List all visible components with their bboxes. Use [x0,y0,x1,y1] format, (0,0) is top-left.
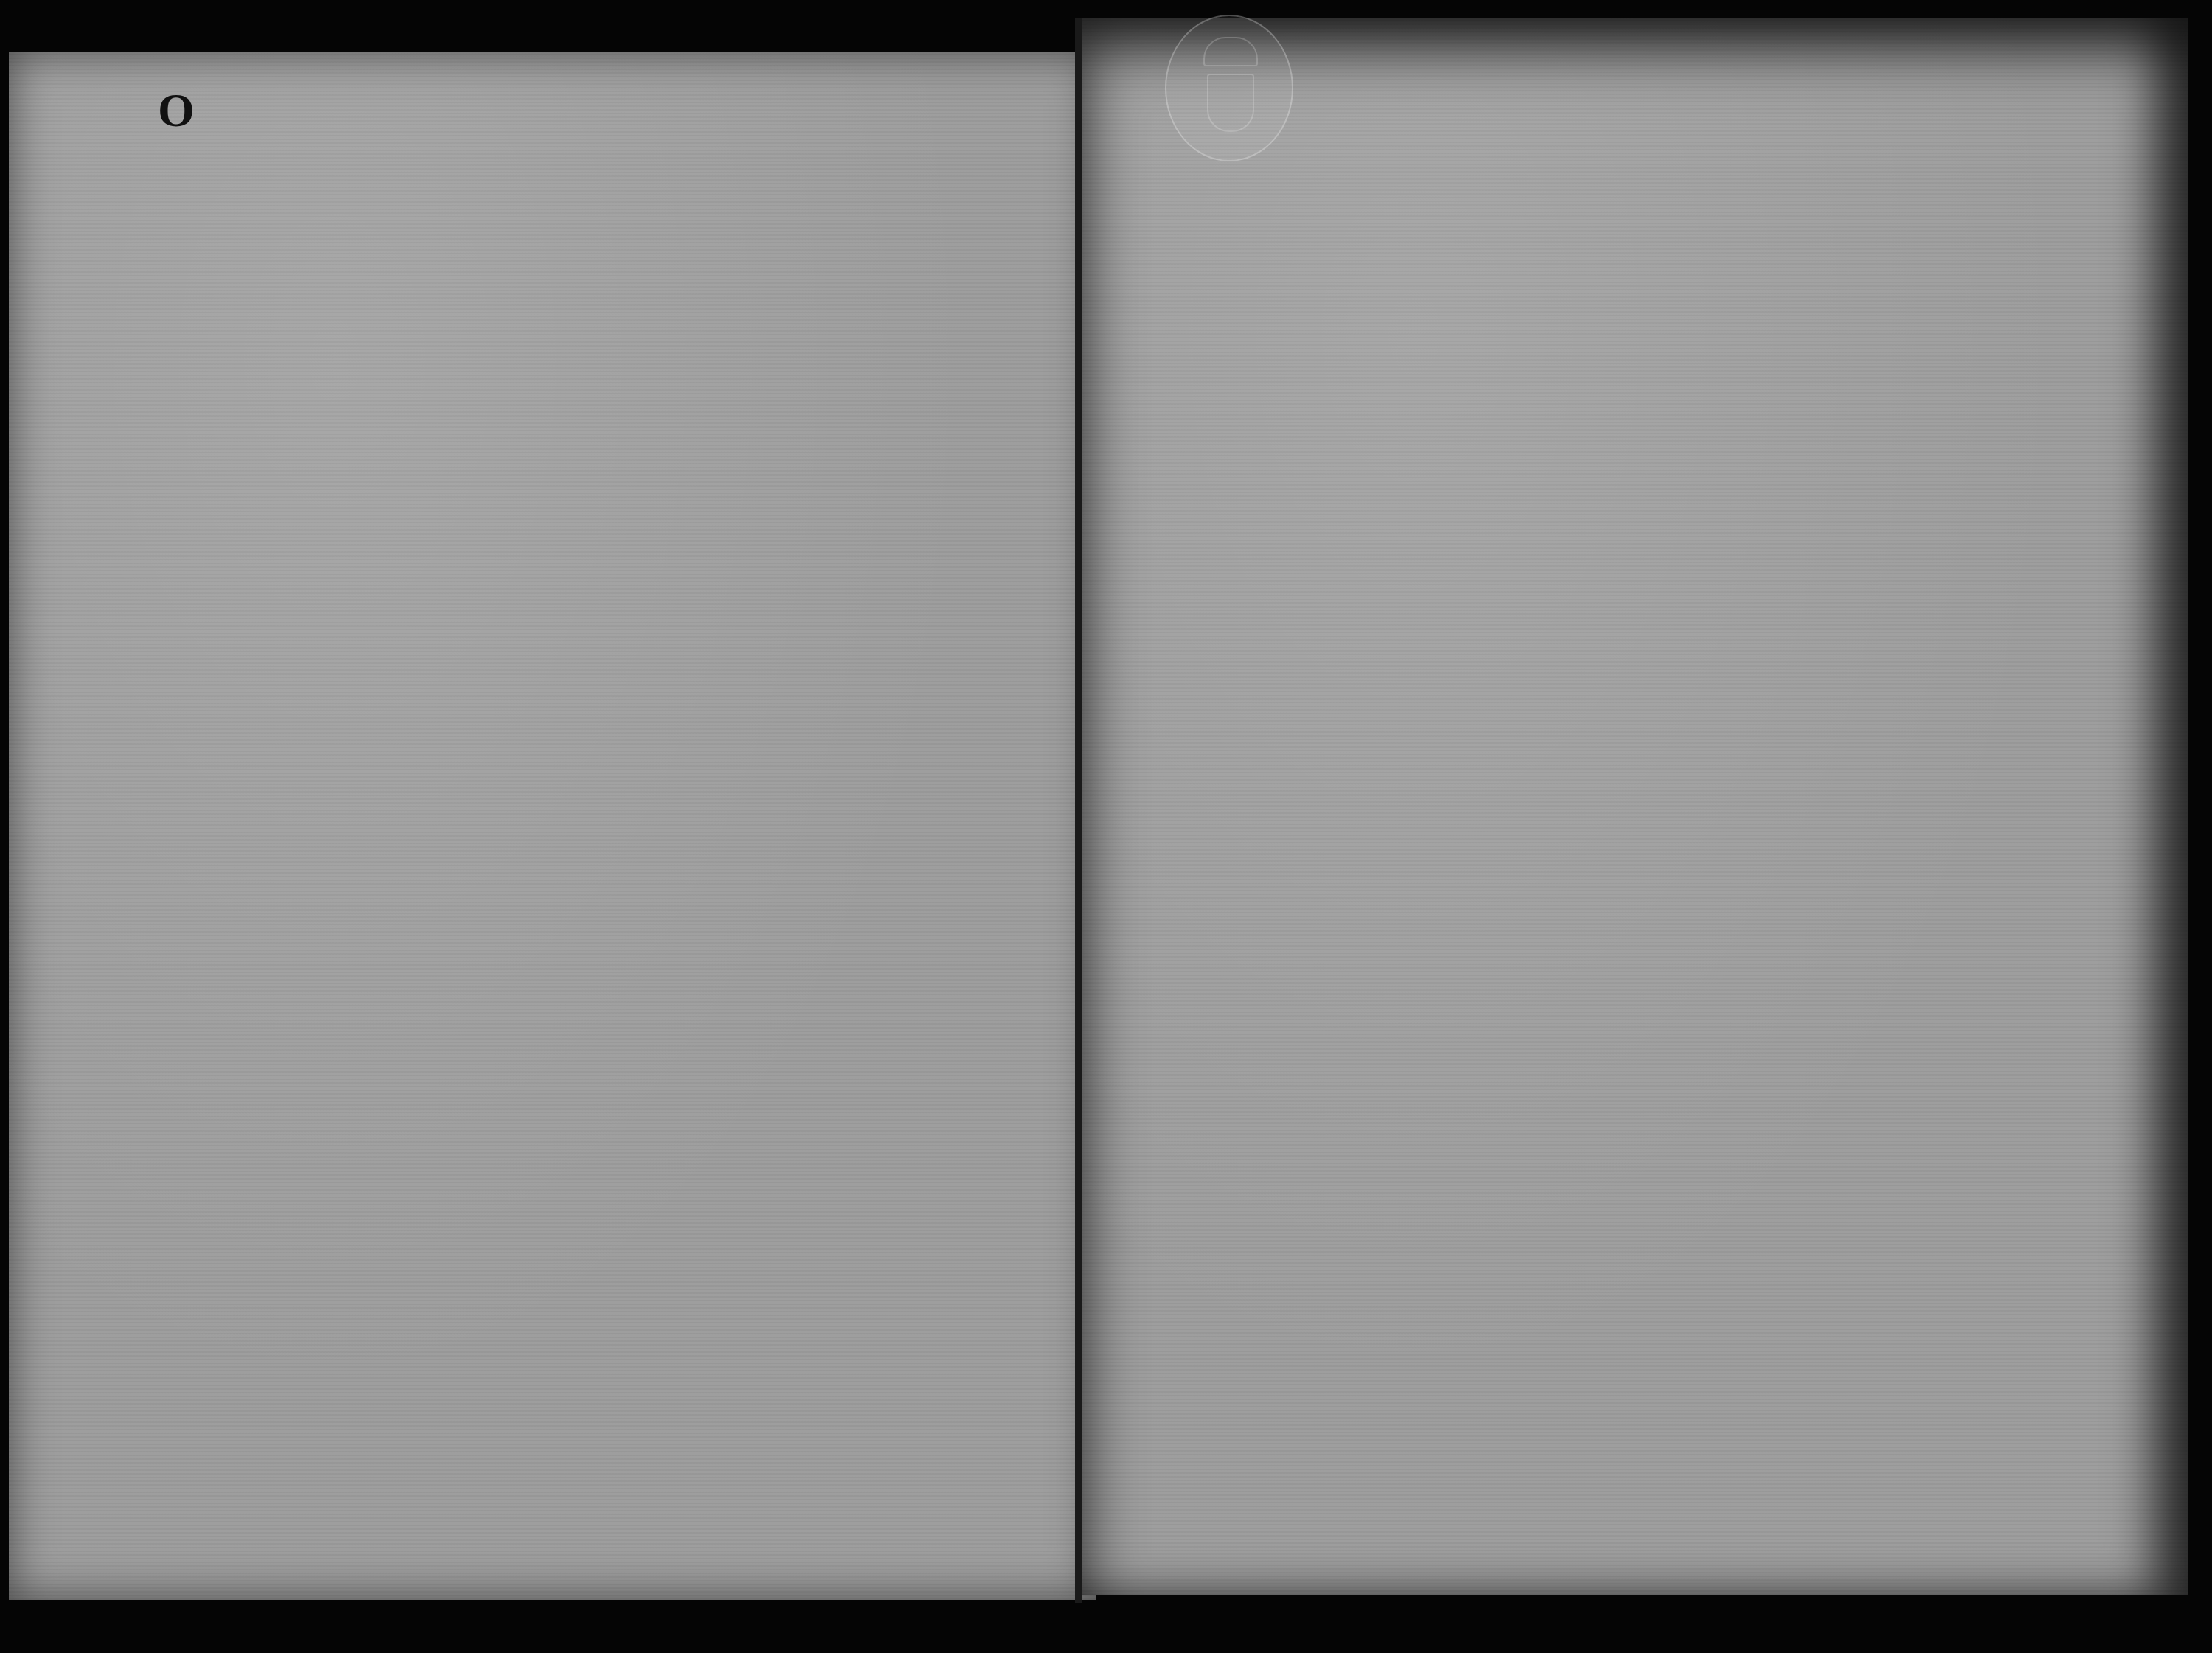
crown-icon [1203,37,1258,66]
page-gutter [1075,18,1082,1603]
shield-icon [1207,74,1254,132]
initial-O: O [158,87,195,134]
right-page [1082,18,2188,1595]
left-page [9,52,1096,1600]
embossed-seal [1165,15,1293,161]
